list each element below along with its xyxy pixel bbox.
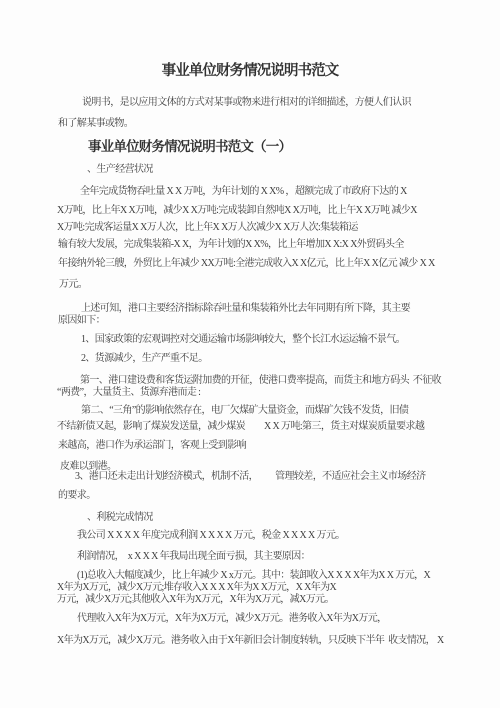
text-line: 的要求。	[58, 489, 96, 502]
text-line: 万元。	[59, 278, 87, 291]
text-line: 利润情况， x X X X 年我局出现全面亏损，其主要原因：	[77, 550, 310, 563]
text-line: X万吨:完成客运量X X万人次，比上年X X万人次减少X X万人次:集装箱运	[57, 221, 358, 234]
intro-line: 说明书，是以应用文体的方式对某事或物来进行相对的详细描述，方便人们认识	[82, 96, 411, 109]
intro-line: 和了解某事或物。	[58, 117, 133, 130]
text-line: X年为X万元，减少X万元。港务收入由于X年新旧会计制度转轨，只反映下半年 收支情…	[57, 634, 444, 647]
section-heading-production: 、生产经营状况	[87, 163, 153, 176]
text-line: 来越高，港口作为承运部门，客观上受到影响	[58, 439, 246, 452]
document-title: 事业单位财务情况说明书范文	[0, 62, 500, 80]
text-line: 年接纳外轮三艘，外贸比上年减少 XX万吨:全港完成收入X X亿元，比上年X X亿…	[58, 257, 435, 270]
text-line: 3、港口还未走出计划经济模式，机制不活， 管理较差，不适应社会主义市场经济	[75, 470, 426, 483]
text-line: 不结新债又起，影响了煤炭发送量，减少煤炭 X X 万吨:第三，货主对煤炭质量要求…	[57, 420, 424, 433]
document-page: 事业单位财务情况说明书范文 说明书，是以应用文体的方式对某事或物来进行相对的详细…	[0, 0, 500, 708]
text-line: 上述可知，港口主要经济指标除吞吐量和集装箱外比去年同期有所下降，其主要	[81, 302, 410, 315]
text-line: “两费”，大量货主、货源弃港而走 :	[57, 386, 200, 399]
text-line: 2、货源减少，生产严重不足。	[81, 352, 208, 365]
text-line: 原因如下：	[58, 314, 105, 327]
text-line: 我公司 X X X X 年度完成利润 X X X X 万元，税金 X X X X…	[77, 529, 345, 542]
document-subtitle: 事业单位财务情况说明书范文（一）	[88, 138, 291, 155]
text-line: 代理收入X年为X万元，X年为X万元，减少X万元。港务收入X年为X万元，	[77, 612, 387, 625]
text-line: X万吨，比上年X X万吨，减少X X万吨:完成装卸自然吨X X万吨，比上午X X…	[57, 204, 417, 217]
text-line: 1、国家政策的宏观调控对交通运输市场影响较大，整个长江水运运输不景气。	[81, 333, 405, 346]
text-line: 万元，减少X万元;其他收入X年为X万元，X年为X万元，减X万元。	[57, 593, 334, 606]
text-line: 第二、“三角”的影响依然存在，电厂欠煤矿大量资金，而煤矿欠钱不发货，旧债	[81, 404, 408, 417]
text-line: 输有较大发展，完成集装箱-X X，为年计划的X X%，比上年增加X X:X X外…	[58, 238, 404, 251]
section-heading-profit-tax: 、利税完成情况	[87, 511, 153, 524]
text-line: 全年完成货物吞吐量 X X 万吨，为年计划的 X X% ，超额完成了市政府下达的…	[80, 185, 407, 198]
